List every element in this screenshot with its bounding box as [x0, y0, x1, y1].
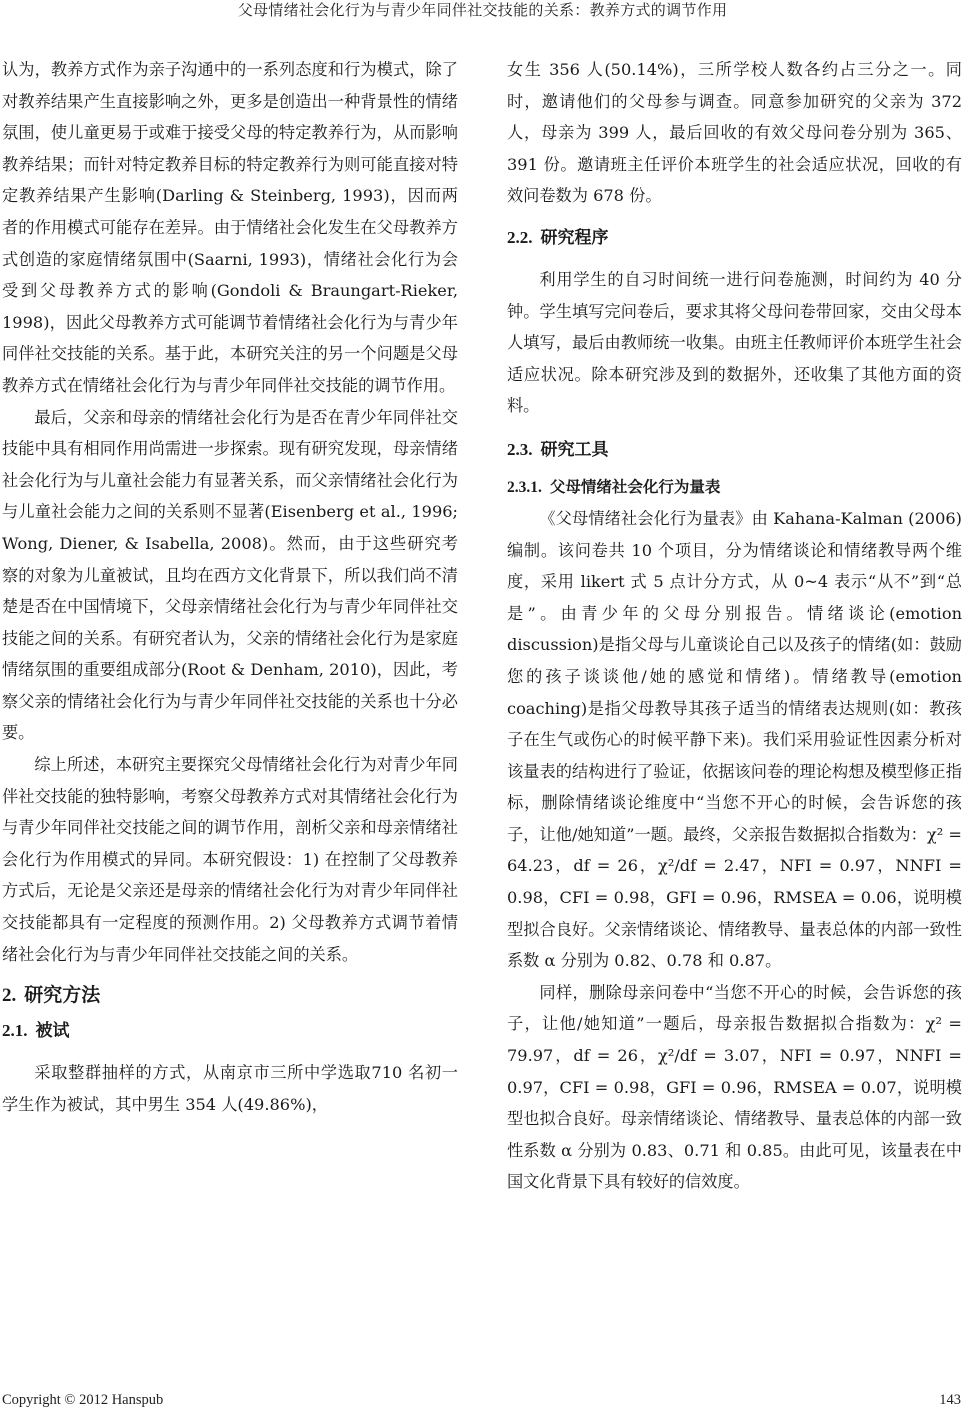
- subsection-title: 被试: [36, 1021, 70, 1041]
- page-number: 143: [939, 1392, 961, 1409]
- right-column: 女生 356 人(50.14%)，三所学校人数各约占三分之一。同时，邀请他们的父…: [507, 54, 962, 1198]
- paragraph-scale-father: 《父母情绪社会化行为量表》由 Kahana-Kalman (2006)编制。该问…: [507, 503, 962, 977]
- subsection-heading-procedure: 2.2.研究程序: [507, 226, 962, 250]
- subsection-title: 研究工具: [541, 440, 609, 460]
- paragraph-father-mother-role: 最后，父亲和母亲的情绪社会化行为是否在青少年同伴社交技能中具有相同作用尚需进一步…: [2, 402, 458, 750]
- subsection-heading-participants: 2.1.被试: [2, 1019, 458, 1043]
- left-column: 认为，教养方式作为亲子沟通中的一系列态度和行为模式，除了对教养结果产生直接影响之…: [2, 54, 458, 1120]
- paragraph-scale-mother: 同样，删除母亲问卷中“当您不开心的时候，会告诉您的孩子，让他/她知道”一题后，母…: [507, 977, 962, 1198]
- section-title: 研究方法: [24, 984, 100, 1006]
- section-number: 2.: [2, 985, 16, 1006]
- subsubsection-heading-scale: 2.3.1.父母情绪社会化行为量表: [507, 476, 962, 499]
- paragraph-participants: 采取整群抽样的方式，从南京市三所中学选取710 名初一学生作为被试，其中男生 3…: [2, 1057, 458, 1120]
- subsection-number: 2.1.: [2, 1021, 28, 1040]
- subsubsection-number: 2.3.1.: [507, 479, 542, 496]
- subsection-title: 研究程序: [541, 228, 609, 248]
- copyright-footer: Copyright © 2012 Hanspub: [2, 1392, 163, 1409]
- section-heading-methods: 2.研究方法: [2, 982, 458, 1009]
- subsection-heading-instruments: 2.3.研究工具: [507, 438, 962, 462]
- paragraph-intro-parenting-style: 认为，教养方式作为亲子沟通中的一系列态度和行为模式，除了对教养结果产生直接影响之…: [2, 54, 458, 402]
- subsection-number: 2.2.: [507, 228, 533, 247]
- paragraph-hypotheses: 综上所述，本研究主要探究父母情绪社会化行为对青少年同伴社交技能的独特影响，考察父…: [2, 749, 458, 970]
- subsubsection-title: 父母情绪社会化行为量表: [550, 478, 721, 496]
- subsection-number: 2.3.: [507, 440, 533, 459]
- running-header: 父母情绪社会化行为与青少年同伴社交技能的关系：教养方式的调节作用: [0, 0, 965, 22]
- paragraph-participants-continued: 女生 356 人(50.14%)，三所学校人数各约占三分之一。同时，邀请他们的父…: [507, 54, 962, 212]
- paragraph-procedure: 利用学生的自习时间统一进行问卷施测，时间约为 40 分钟。学生填写完问卷后，要求…: [507, 264, 962, 422]
